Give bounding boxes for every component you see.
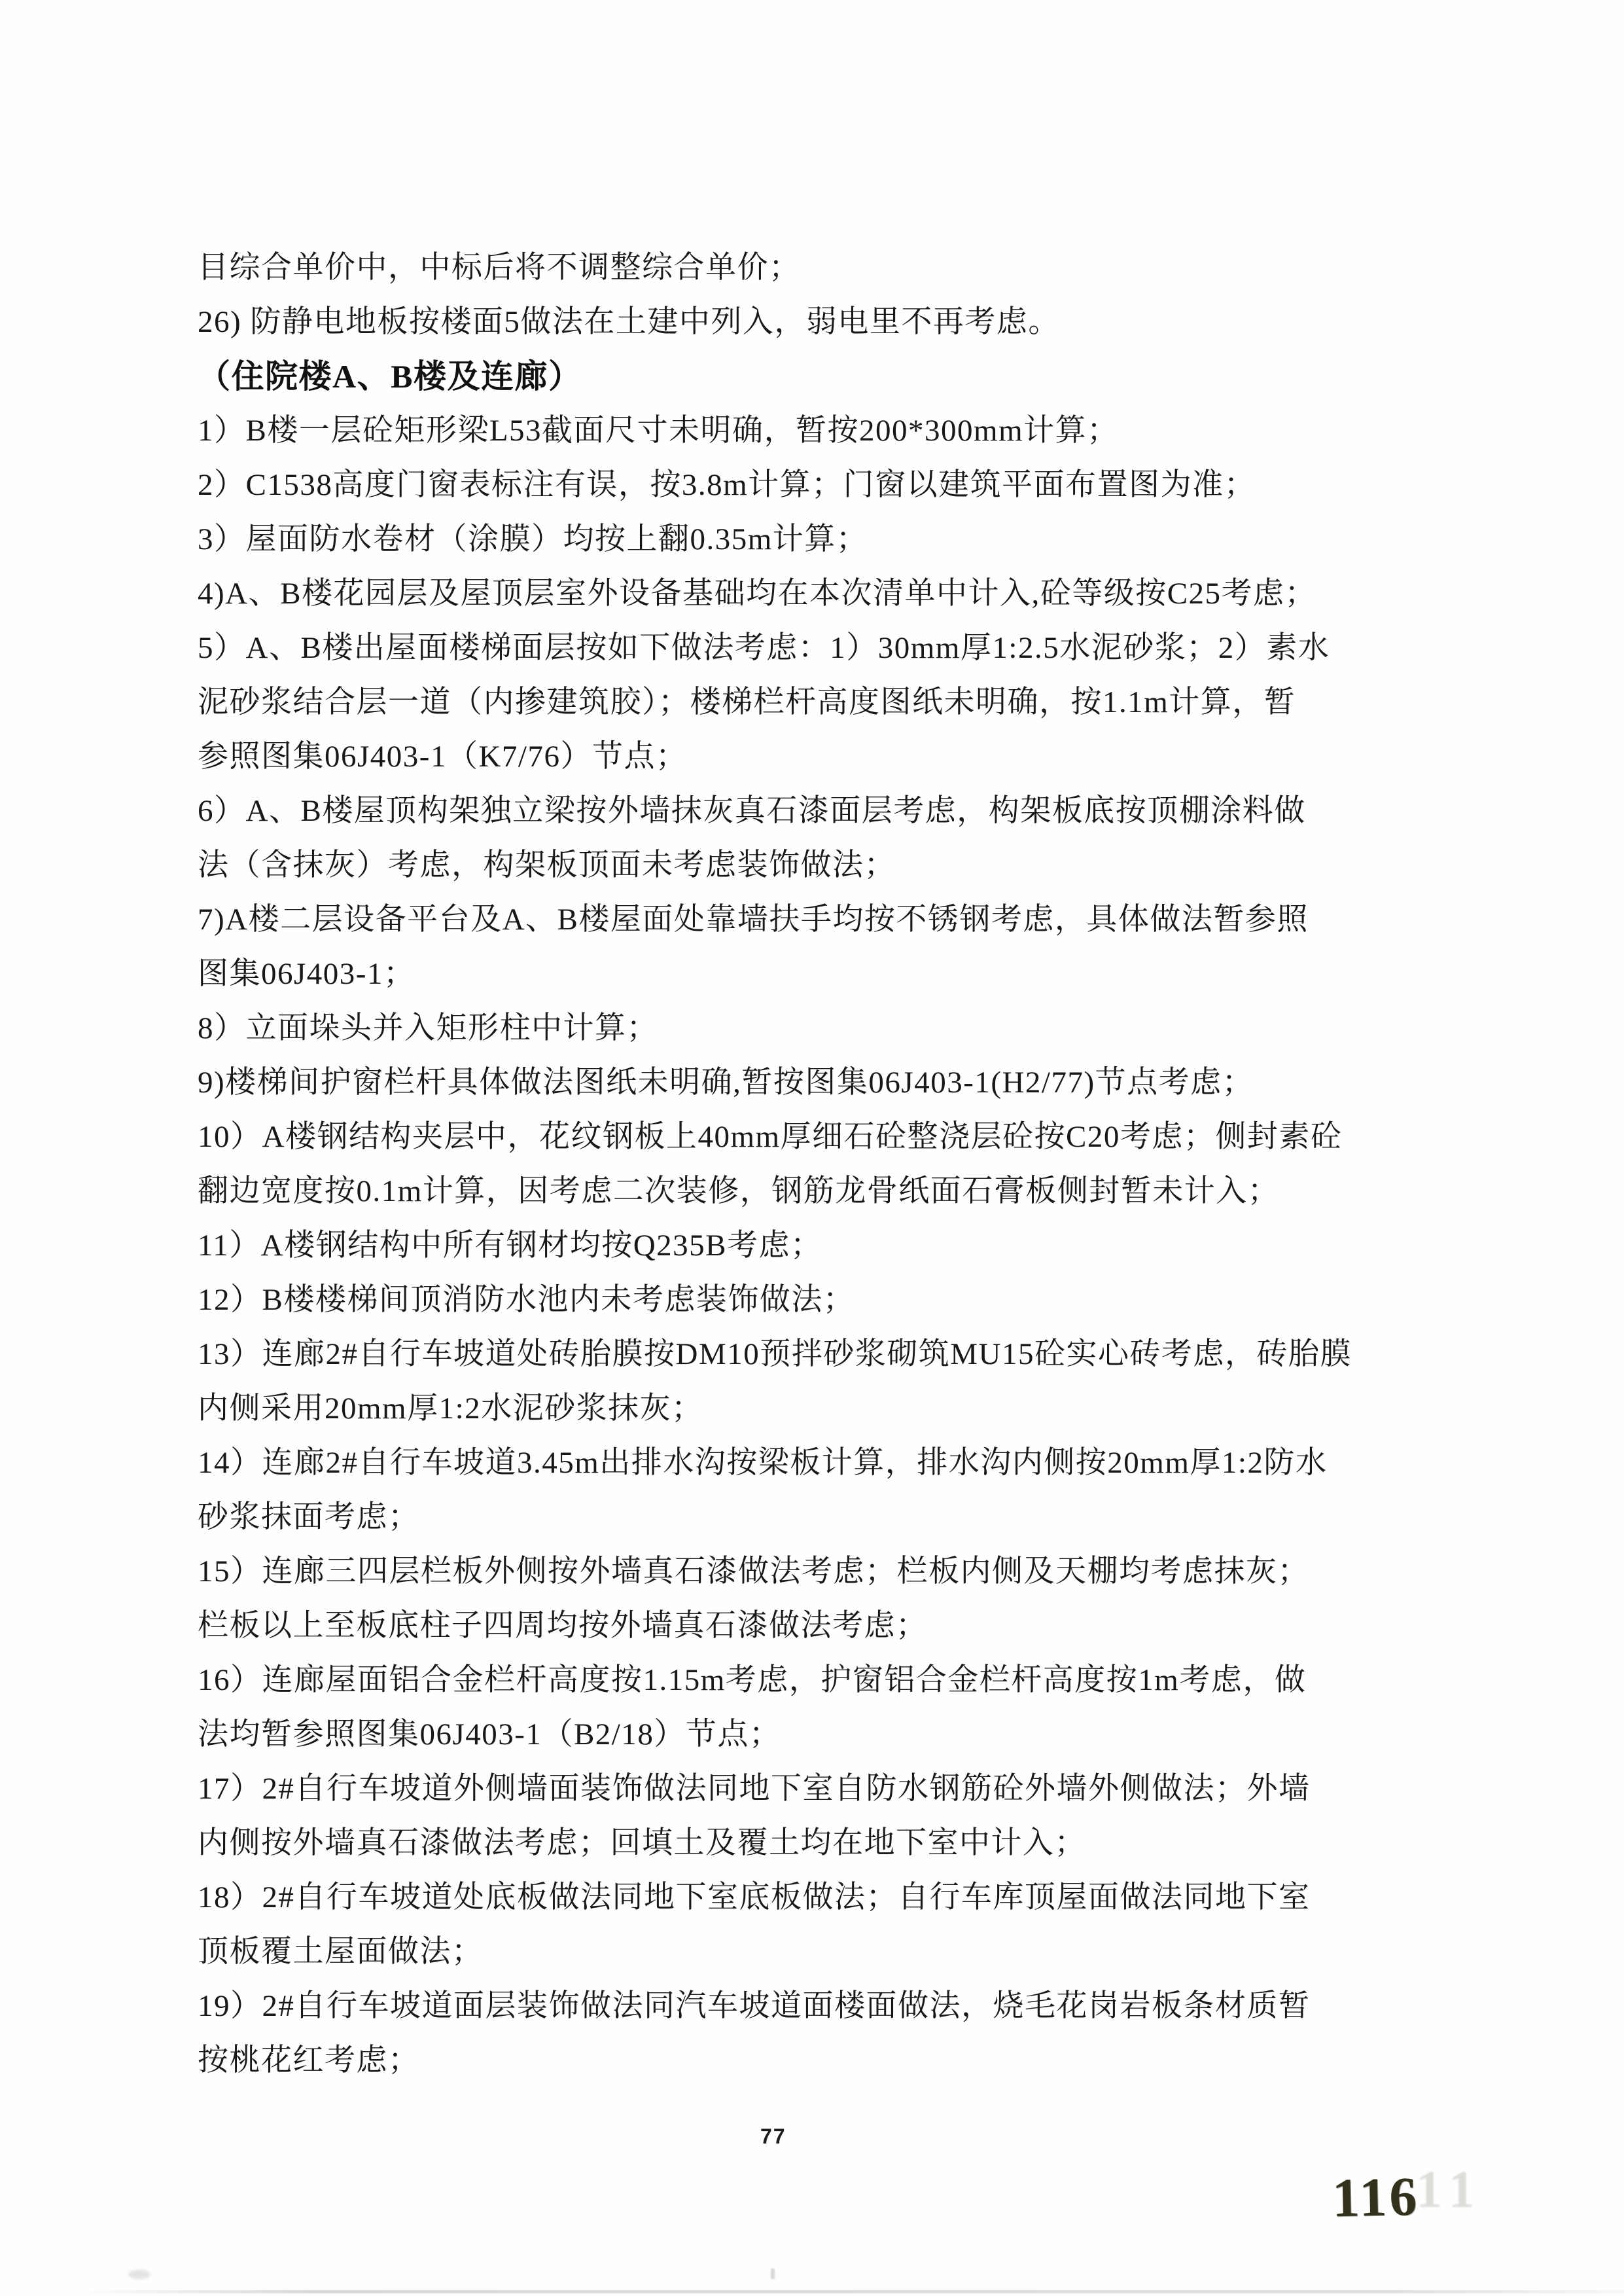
text-line: 26) 防静电地板按楼面5做法在土建中列入，弱电里不再考虑。 [198,295,1441,350]
text-line: 13）连廊2#自行车坡道处砖胎膜按DM10预拌砂浆砌筑MU15砼实心砖考虑，砖胎… [198,1327,1441,1382]
text-line: 1）B楼一层砼矩形梁L53截面尺寸未明确，暂按200*300mm计算； [198,404,1441,458]
text-line: 目综合单价中，中标后将不调整综合单价； [198,241,1441,295]
page-stamp-area: 11 116 [1332,2170,1502,2242]
text-line: 16）连廊屋面铝合金栏杆高度按1.15m考虑，护窗铝合金栏杆高度按1m考虑，做 [198,1653,1441,1708]
text-line: 翻边宽度按0.1m计算，因考虑二次装修，钢筋龙骨纸面石膏板侧封暂未计入； [198,1164,1441,1219]
text-line: 内侧按外墙真石漆做法考虑；回填土及覆土均在地下室中计入； [198,1816,1441,1871]
text-line: 内侧采用20mm厚1:2水泥砂浆抹灰； [198,1382,1441,1436]
page-stamp: 116 [1332,2170,1420,2227]
text-line: 5）A、B楼出屋面楼梯面层按如下做法考虑：1）30mm厚1:2.5水泥砂浆；2）… [198,621,1441,675]
text-line: 17）2#自行车坡道外侧墙面装饰做法同地下室自防水钢筋砼外墙外侧做法；外墙 [198,1762,1441,1816]
scan-artifact [771,2269,775,2279]
page-number: 77 [760,2125,786,2149]
text-line: 顶板覆土屋面做法； [198,1925,1441,1979]
text-line: 参照图集06J403-1（K7/76）节点； [198,730,1441,784]
text-line: 7)A楼二层设备平台及A、B楼屋面处靠墙扶手均按不锈钢考虑，具体做法暂参照 [198,893,1441,947]
text-line: 法（含抹灰）考虑，构架板顶面未考虑装饰做法； [198,838,1441,893]
scan-artifact [128,2270,150,2279]
text-line: 按桃花红考虑； [198,2034,1441,2088]
text-line: 3）屋面防水卷材（涂膜）均按上翻0.35m计算； [198,512,1441,567]
document-text-block: 目综合单价中，中标后将不调整综合单价； 26) 防静电地板按楼面5做法在土建中列… [198,241,1441,2088]
text-line: 14）连廊2#自行车坡道3.45m出排水沟按梁板计算，排水沟内侧按20mm厚1:… [198,1436,1441,1490]
text-line: 10）A楼钢结构夹层中，花纹钢板上40mm厚细石砼整浇层砼按C20考虑；侧封素砼 [198,1110,1441,1164]
text-line: 11）A楼钢结构中所有钢材均按Q235B考虑； [198,1219,1441,1273]
text-line: 泥砂浆结合层一道（内掺建筑胶）；楼梯栏杆高度图纸未明确，按1.1m计算，暂 [198,675,1441,730]
text-line: 2）C1538高度门窗表标注有误，按3.8m计算；门窗以建筑平面布置图为准； [198,458,1441,512]
scan-edge-artifact [79,2290,1624,2293]
text-line: 6）A、B楼屋顶构架独立梁按外墙抹灰真石漆面层考虑，构架板底按顶棚涂料做 [198,784,1441,838]
text-line: 15）连廊三四层栏板外侧按外墙真石漆做法考虑；栏板内侧及天棚均考虑抹灰； [198,1545,1441,1599]
text-line: 砂浆抹面考虑； [198,1490,1441,1545]
text-line: 图集06J403-1； [198,947,1441,1001]
section-heading: （住院楼A、B楼及连廊） [198,350,1441,404]
text-line: 19）2#自行车坡道面层装饰做法同汽车坡道面楼面做法，烧毛花岗岩板条材质暂 [198,1979,1441,2034]
text-line: 法均暂参照图集06J403-1（B2/18）节点； [198,1708,1441,1762]
text-line: 12）B楼楼梯间顶消防水池内未考虑装饰做法； [198,1273,1441,1327]
page-stamp-ghost: 11 [1416,2164,1484,2216]
text-line: 18）2#自行车坡道处底板做法同地下室底板做法；自行车库顶屋面做法同地下室 [198,1871,1441,1925]
text-line: 9)楼梯间护窗栏杆具体做法图纸未明确,暂按图集06J403-1(H2/77)节点… [198,1056,1441,1110]
scanned-document-page: 目综合单价中，中标后将不调整综合单价； 26) 防静电地板按楼面5做法在土建中列… [0,0,1624,2296]
text-line: 4)A、B楼花园层及屋顶层室外设备基础均在本次清单中计入,砼等级按C25考虑； [198,567,1441,621]
text-line: 8）立面垛头并入矩形柱中计算； [198,1001,1441,1056]
text-line: 栏板以上至板底柱子四周均按外墙真石漆做法考虑； [198,1599,1441,1653]
